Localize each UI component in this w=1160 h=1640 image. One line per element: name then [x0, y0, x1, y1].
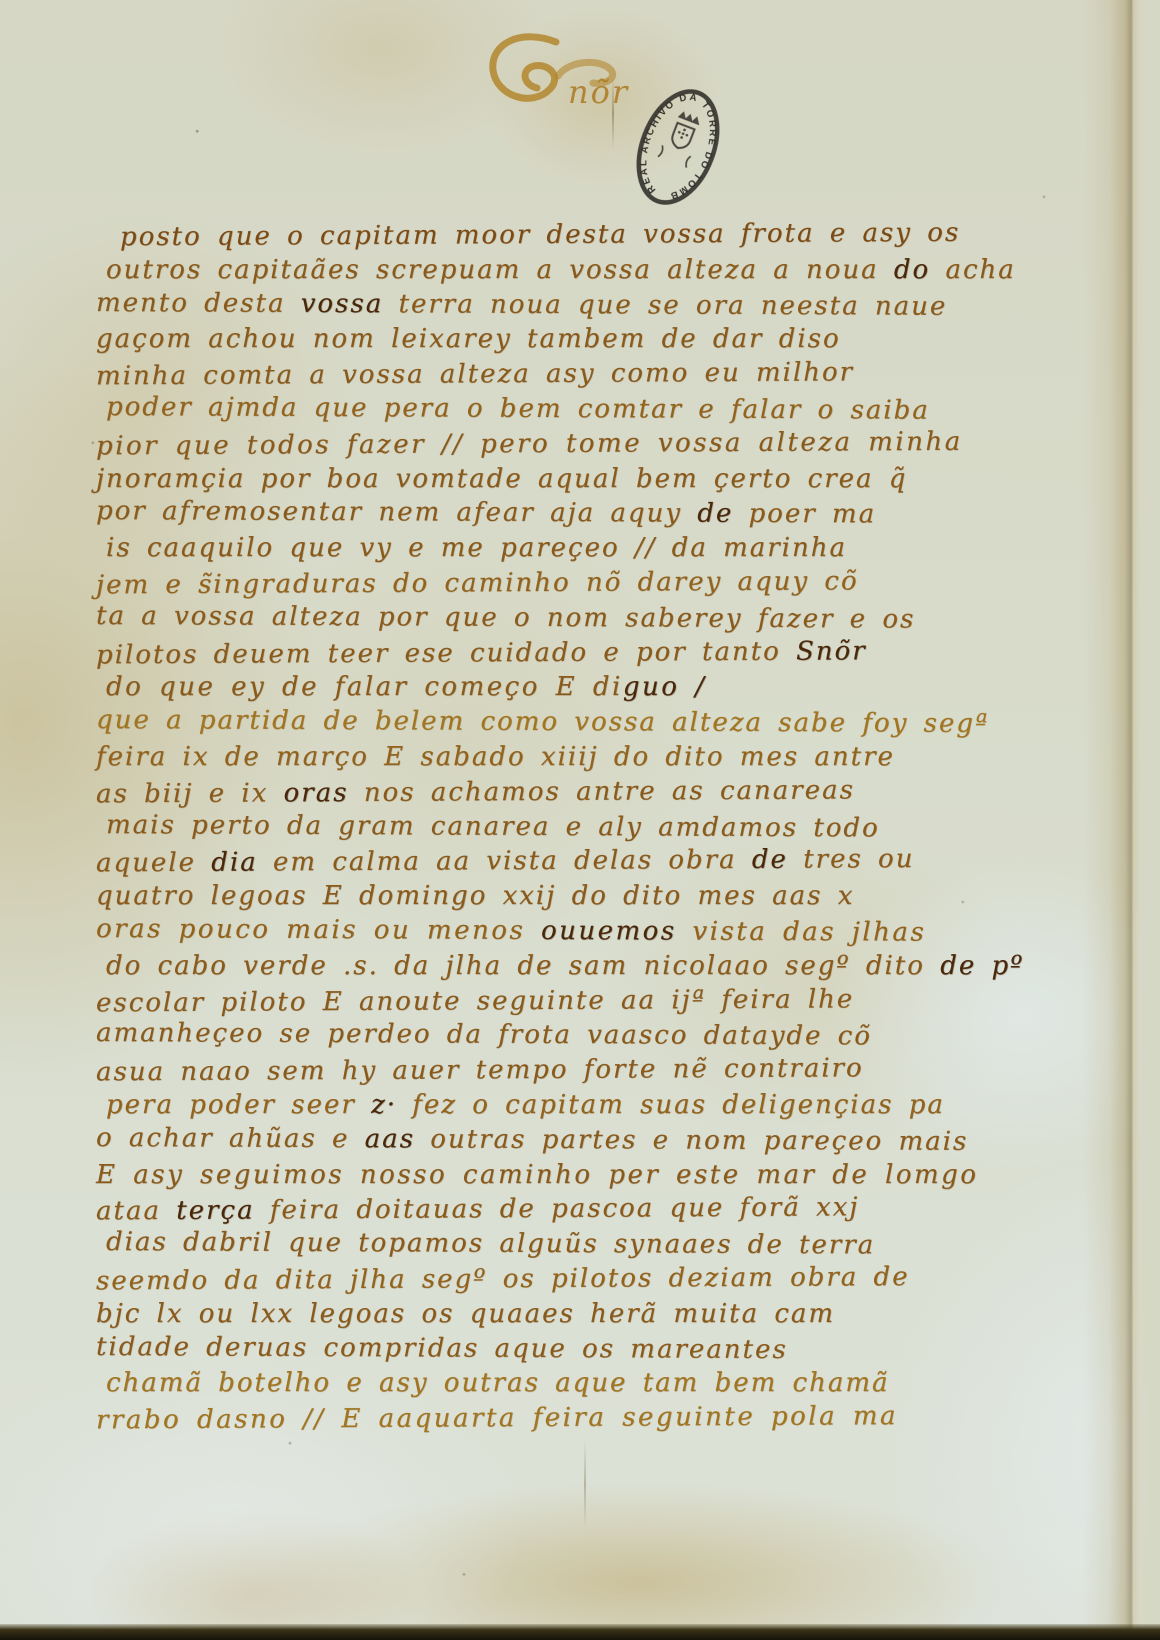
manuscript-line: rrabo dasno // E aaquarta feira seguinte…	[96, 1399, 996, 1439]
manuscript-line-segment: z·	[371, 1090, 397, 1120]
manuscript-line-segment: pera poder seer	[106, 1090, 371, 1120]
manuscript-line-segment: as biij e ix	[96, 778, 284, 809]
manuscript-line-segment: outros capitaães screpuam a vossa alteza…	[106, 255, 894, 285]
manuscript-line-segment: por afremosentar nem afear aja aquy	[96, 496, 697, 529]
manuscript-line-segment: ouuemos	[541, 916, 677, 947]
manuscript-line-segment: chamã botelho e asy outras aque tam bem …	[106, 1368, 890, 1398]
manuscript-line: por afremosentar nem afear aja aquy de p…	[96, 494, 996, 533]
heading-text: nõr	[568, 73, 629, 111]
manuscript-line-segment: tidade deruas compridas aque os mareante…	[96, 1332, 788, 1365]
manuscript-line: minha comta a vossa alteza asy como eu m…	[96, 355, 996, 395]
manuscript-line: aquele dia em calma aa vista delas obra …	[96, 842, 996, 882]
manuscript-line-segment: fez o capitam suas deligençias pa	[397, 1090, 945, 1120]
manuscript-line-segment: gaçom achou nom leixarey tambem de dar d…	[96, 324, 841, 354]
manuscript-line-segment: jnoramçia por boa vomtade aqual bem çert…	[96, 464, 907, 494]
manuscript-line: is caaquilo que vy e me pareçeo // da ma…	[96, 531, 996, 566]
manuscript-line-segment: de pº	[940, 951, 1024, 981]
manuscript-line: bjc lx ou lxx legoas os quaaes herã muit…	[96, 1297, 996, 1332]
manuscript-line-segment: mento desta	[96, 288, 301, 319]
manuscript-line-segment: acha	[930, 255, 1016, 285]
manuscript-line-segment: E asy seguimos nosso caminho per este ma…	[96, 1160, 978, 1190]
manuscript-line: as biij e ix oras nos achamos antre as c…	[96, 772, 996, 812]
manuscript-line-segment: asua naao sem hy auer tempo forte nẽ con…	[96, 1053, 864, 1087]
photo-edge-bottom	[0, 1624, 1160, 1640]
manuscript-line: asua naao sem hy auer tempo forte nẽ con…	[96, 1051, 996, 1091]
manuscript-line-segment: ataa	[96, 1196, 176, 1226]
manuscript-line-segment: vossa	[301, 289, 384, 319]
manuscript-line: chamã botelho e asy outras aque tam bem …	[96, 1366, 996, 1401]
manuscript-line: ataa terça feira doitauas de pascoa que …	[96, 1190, 996, 1230]
manuscript-line: posto que o capitam moor desta vossa fro…	[96, 216, 996, 256]
manuscript-line-segment: dia	[211, 848, 258, 878]
manuscript-line: gaçom achou nom leixarey tambem de dar d…	[96, 322, 996, 357]
manuscript-line-segment: terra noua que se ora neesta naue	[383, 289, 947, 321]
manuscript-line-segment: de	[697, 499, 733, 529]
manuscript-line-segment: quatro legoas E domingo xxij do dito mes…	[96, 881, 854, 911]
manuscript-line-segment: dias dabril que topamos alguũs synaaes d…	[106, 1227, 875, 1260]
manuscript-line-segment: do que ey de falar começo E di	[106, 672, 623, 702]
manuscript-line: quatro legoas E domingo xxij do dito mes…	[96, 879, 996, 914]
manuscript-line-segment: pilotos deuem teer ese cuidado e por tan…	[96, 636, 796, 670]
manuscript-line-segment: is caaquilo que vy e me pareçeo // da ma…	[106, 533, 847, 563]
manuscript-line-segment: posto que o capitam moor desta vossa fro…	[120, 218, 960, 252]
manuscript-line: mento desta vossa terra noua que se ora …	[96, 286, 996, 325]
manuscript-line: do cabo verde .s. da jlha de sam nicolaa…	[96, 949, 996, 984]
manuscript-line: feira ix de março E sabado xiiij do dito…	[96, 740, 996, 775]
manuscript-line: oras pouco mais ou menos ouuemos vista d…	[96, 912, 996, 951]
manuscript-line-segment: do cabo verde .s. da jlha de sam nicolaa…	[106, 951, 940, 981]
manuscript-line-segment: aquele	[96, 848, 211, 879]
manuscript-line-segment: mais perto da gram canarea e aly amdamos…	[106, 810, 880, 843]
manuscript-line: pilotos deuem teer ese cuidado e por tan…	[96, 633, 996, 673]
manuscript-line-segment: oras	[284, 778, 349, 808]
manuscript-line-segment: jem e s̃ingraduras do caminho nõ darey a…	[96, 566, 859, 600]
manuscript-photo: nõr REAL ARCHIVO DA TORRE DO TOMBO posto…	[0, 0, 1160, 1640]
manuscript-line: poder ajmda que pera o bem comtar e fala…	[96, 390, 996, 429]
manuscript-line-segment: do	[894, 255, 930, 285]
manuscript-line-segment: pior que todos fazer // pero tome vossa …	[96, 427, 963, 462]
manuscript-line-segment: oras pouco mais ou menos	[96, 914, 541, 946]
manuscript-line: pera poder seer z· fez o capitam suas de…	[96, 1088, 996, 1123]
manuscript-line-segment: amanheçeo se perdeo da frota vaasco data…	[96, 1018, 872, 1051]
manuscript-line: dias dabril que topamos alguũs synaaes d…	[96, 1225, 996, 1264]
manuscript-line: jem e s̃ingraduras do caminho nõ darey a…	[96, 564, 996, 604]
manuscript-line: tidade deruas compridas aque os mareante…	[96, 1330, 996, 1369]
manuscript-line-segment: Snõr	[796, 636, 867, 666]
page-edge-right	[1082, 0, 1160, 1640]
manuscript-line: seemdo da dita jlha segº os pilotos dezi…	[96, 1260, 996, 1300]
manuscript-text-block: posto que o capitam moor desta vossa fro…	[96, 218, 996, 1436]
manuscript-line-segment: bjc lx ou lxx legoas os quaaes herã muit…	[96, 1299, 835, 1329]
manuscript-line-segment: tres ou	[788, 844, 915, 875]
manuscript-line: do que ey de falar começo E diguo /	[96, 670, 996, 705]
manuscript-line-segment: seemdo da dita jlha segº os pilotos dezi…	[96, 1262, 910, 1296]
manuscript-line: E asy seguimos nosso caminho per este ma…	[96, 1158, 996, 1193]
manuscript-line: que a partida de belem como vossa alteza…	[96, 703, 996, 742]
manuscript-line: o achar ahũas e aas outras partes e nom …	[96, 1121, 996, 1160]
manuscript-line: outros capitaães screpuam a vossa alteza…	[96, 253, 996, 288]
manuscript-line-segment: minha comta a vossa alteza asy como eu m…	[96, 358, 854, 392]
manuscript-line: amanheçeo se perdeo da frota vaasco data…	[96, 1016, 996, 1055]
manuscript-line-segment: que a partida de belem como vossa alteza…	[96, 705, 989, 739]
manuscript-line-segment: poer ma	[733, 499, 876, 530]
manuscript-line-segment: rrabo dasno // E aaquarta feira seguinte…	[96, 1401, 898, 1435]
manuscript-line-segment: guo /	[623, 672, 707, 702]
manuscript-line-segment: poder ajmda que pera o bem comtar e fala…	[106, 392, 930, 426]
manuscript-line-segment: feira doitauas de pascoa que forã xxj	[254, 1193, 859, 1226]
manuscript-line: mais perto da gram canarea e aly amdamos…	[96, 808, 996, 847]
manuscript-line-segment: o achar ahũas e	[96, 1123, 365, 1154]
manuscript-line-segment: escolar piloto E anoute seguinte aa ijª …	[96, 984, 854, 1018]
manuscript-line: escolar piloto E anoute seguinte aa ijª …	[96, 981, 996, 1021]
crease-mark	[584, 1440, 586, 1528]
manuscript-line: jnoramçia por boa vomtade aqual bem çert…	[96, 462, 996, 497]
manuscript-line: ta a vossa alteza por que o nom saberey …	[96, 599, 996, 638]
manuscript-line-segment: em calma aa vista delas obra	[258, 845, 752, 878]
manuscript-line: pior que todos fazer // pero tome vossa …	[96, 424, 996, 464]
manuscript-line-segment: terça	[176, 1196, 254, 1226]
manuscript-line-segment: vista das jlhas	[677, 917, 927, 948]
manuscript-line-segment: ta a vossa alteza por que o nom saberey …	[96, 601, 915, 635]
manuscript-line-segment: nos achamos antre as canareas	[348, 775, 855, 808]
manuscript-line-segment: feira ix de março E sabado xiiij do dito…	[96, 742, 895, 772]
manuscript-line-segment: outras partes e nom pareçeo mais	[415, 1124, 968, 1156]
manuscript-line-segment: de	[752, 845, 788, 875]
manuscript-line-segment: aas	[365, 1124, 415, 1154]
